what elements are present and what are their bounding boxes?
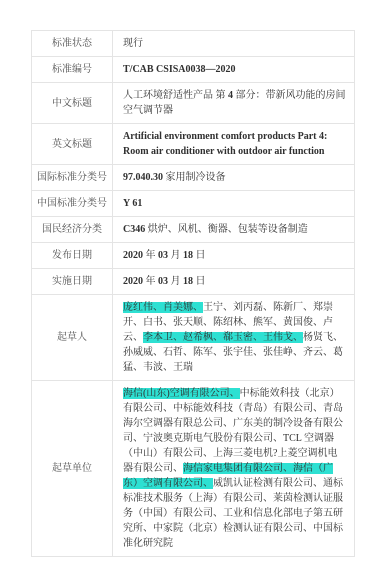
- text-segment: 月: [168, 276, 183, 287]
- highlight-segment: 海信(山东)空调有限公司、: [123, 388, 240, 399]
- text-segment: Artificial environment comfort products …: [123, 131, 330, 157]
- table-row: 中国标准分类号Y 61: [32, 190, 354, 216]
- row-label: 起草单位: [32, 381, 113, 556]
- row-label: 中国标准分类号: [32, 191, 113, 216]
- row-value: 人工环境舒适性产品 第 4 部分：带新风功能的房间空气调节器: [113, 83, 354, 123]
- highlight-segment: 郗玉密、: [223, 332, 263, 343]
- row-value: T/CAB CSISA0038—2020: [113, 57, 354, 82]
- row-value: Artificial environment comfort products …: [113, 124, 354, 164]
- table-row: 实施日期2020 年 03 月 18 日: [32, 268, 354, 294]
- text-segment: 中标能效科技（北京）有限公司、中标能效科技（青岛）有限公司、青岛海尔空调器有限总…: [123, 388, 343, 474]
- text-segment: 年: [143, 250, 158, 261]
- text-segment: 日: [193, 250, 206, 261]
- text-segment: 人工环境舒适性产品 第: [123, 90, 228, 101]
- row-label: 国际标准分类号: [32, 165, 113, 190]
- text-segment: 18: [183, 276, 193, 287]
- highlight-segment: 赵希枫、: [183, 332, 223, 343]
- standard-info-table: 标准状态现行标准编号T/CAB CSISA0038—2020中文标题人工环境舒适…: [31, 30, 355, 557]
- table-row: 标准编号T/CAB CSISA0038—2020: [32, 56, 354, 82]
- table-row: 标准状态现行: [32, 31, 354, 56]
- row-value: 海信(山东)空调有限公司、中标能效科技（北京）有限公司、中标能效科技（青岛）有限…: [113, 381, 354, 556]
- table-row: 起草单位海信(山东)空调有限公司、中标能效科技（北京）有限公司、中标能效科技（青…: [32, 380, 354, 556]
- text-segment: 18: [183, 250, 193, 261]
- row-label: 实施日期: [32, 269, 113, 294]
- text-segment: 家用制冷设备: [163, 172, 226, 183]
- row-value: Y 61: [113, 191, 354, 216]
- highlight-segment: 王伟戈、: [263, 332, 303, 343]
- text-segment: 年: [143, 276, 158, 287]
- row-label: 国民经济分类: [32, 217, 113, 242]
- table-row: 发布日期2020 年 03 月 18 日: [32, 242, 354, 268]
- text-segment: Y 61: [123, 198, 142, 209]
- row-value: 2020 年 03 月 18 日: [113, 269, 354, 294]
- highlight-segment: 李本卫、: [143, 332, 183, 343]
- row-value: 2020 年 03 月 18 日: [113, 243, 354, 268]
- table-row: 中文标题人工环境舒适性产品 第 4 部分：带新风功能的房间空气调节器: [32, 82, 354, 123]
- text-segment: 日: [193, 276, 206, 287]
- table-row: 英文标题Artificial environment comfort produ…: [32, 123, 354, 164]
- table-row: 国民经济分类C346 烘炉、风机、衡器、包装等设备制造: [32, 216, 354, 242]
- text-segment: 03: [158, 276, 168, 287]
- row-value: C346 烘炉、风机、衡器、包装等设备制造: [113, 217, 354, 242]
- text-segment: C346: [123, 224, 145, 235]
- row-label: 英文标题: [32, 124, 113, 164]
- table-row: 国际标准分类号97.040.30 家用制冷设备: [32, 164, 354, 190]
- table-row: 起草人庞红伟、肖美娜、王宁、刘丙磊、陈新厂、郑崇开、白书、张天顺、陈绍林、熊军、…: [32, 294, 354, 380]
- row-value: 庞红伟、肖美娜、王宁、刘丙磊、陈新厂、郑崇开、白书、张天顺、陈绍林、熊军、黄国俊…: [113, 295, 354, 380]
- row-label: 中文标题: [32, 83, 113, 123]
- highlight-segment: 庞红伟、: [123, 302, 163, 313]
- row-label: 标准编号: [32, 57, 113, 82]
- row-label: 起草人: [32, 295, 113, 380]
- text-segment: T/CAB CSISA0038—2020: [123, 64, 236, 75]
- text-segment: 月: [168, 250, 183, 261]
- row-value: 现行: [113, 31, 354, 56]
- text-segment: 现行: [123, 38, 143, 49]
- row-label: 发布日期: [32, 243, 113, 268]
- row-label: 标准状态: [32, 31, 113, 56]
- row-value: 97.040.30 家用制冷设备: [113, 165, 354, 190]
- text-segment: 03: [158, 250, 168, 261]
- text-segment: 2020: [123, 276, 143, 287]
- text-segment: 97.040.30: [123, 172, 163, 183]
- highlight-segment: 肖美娜、: [163, 302, 203, 313]
- text-segment: 2020: [123, 250, 143, 261]
- text-segment: 烘炉、风机、衡器、包装等设备制造: [145, 224, 308, 235]
